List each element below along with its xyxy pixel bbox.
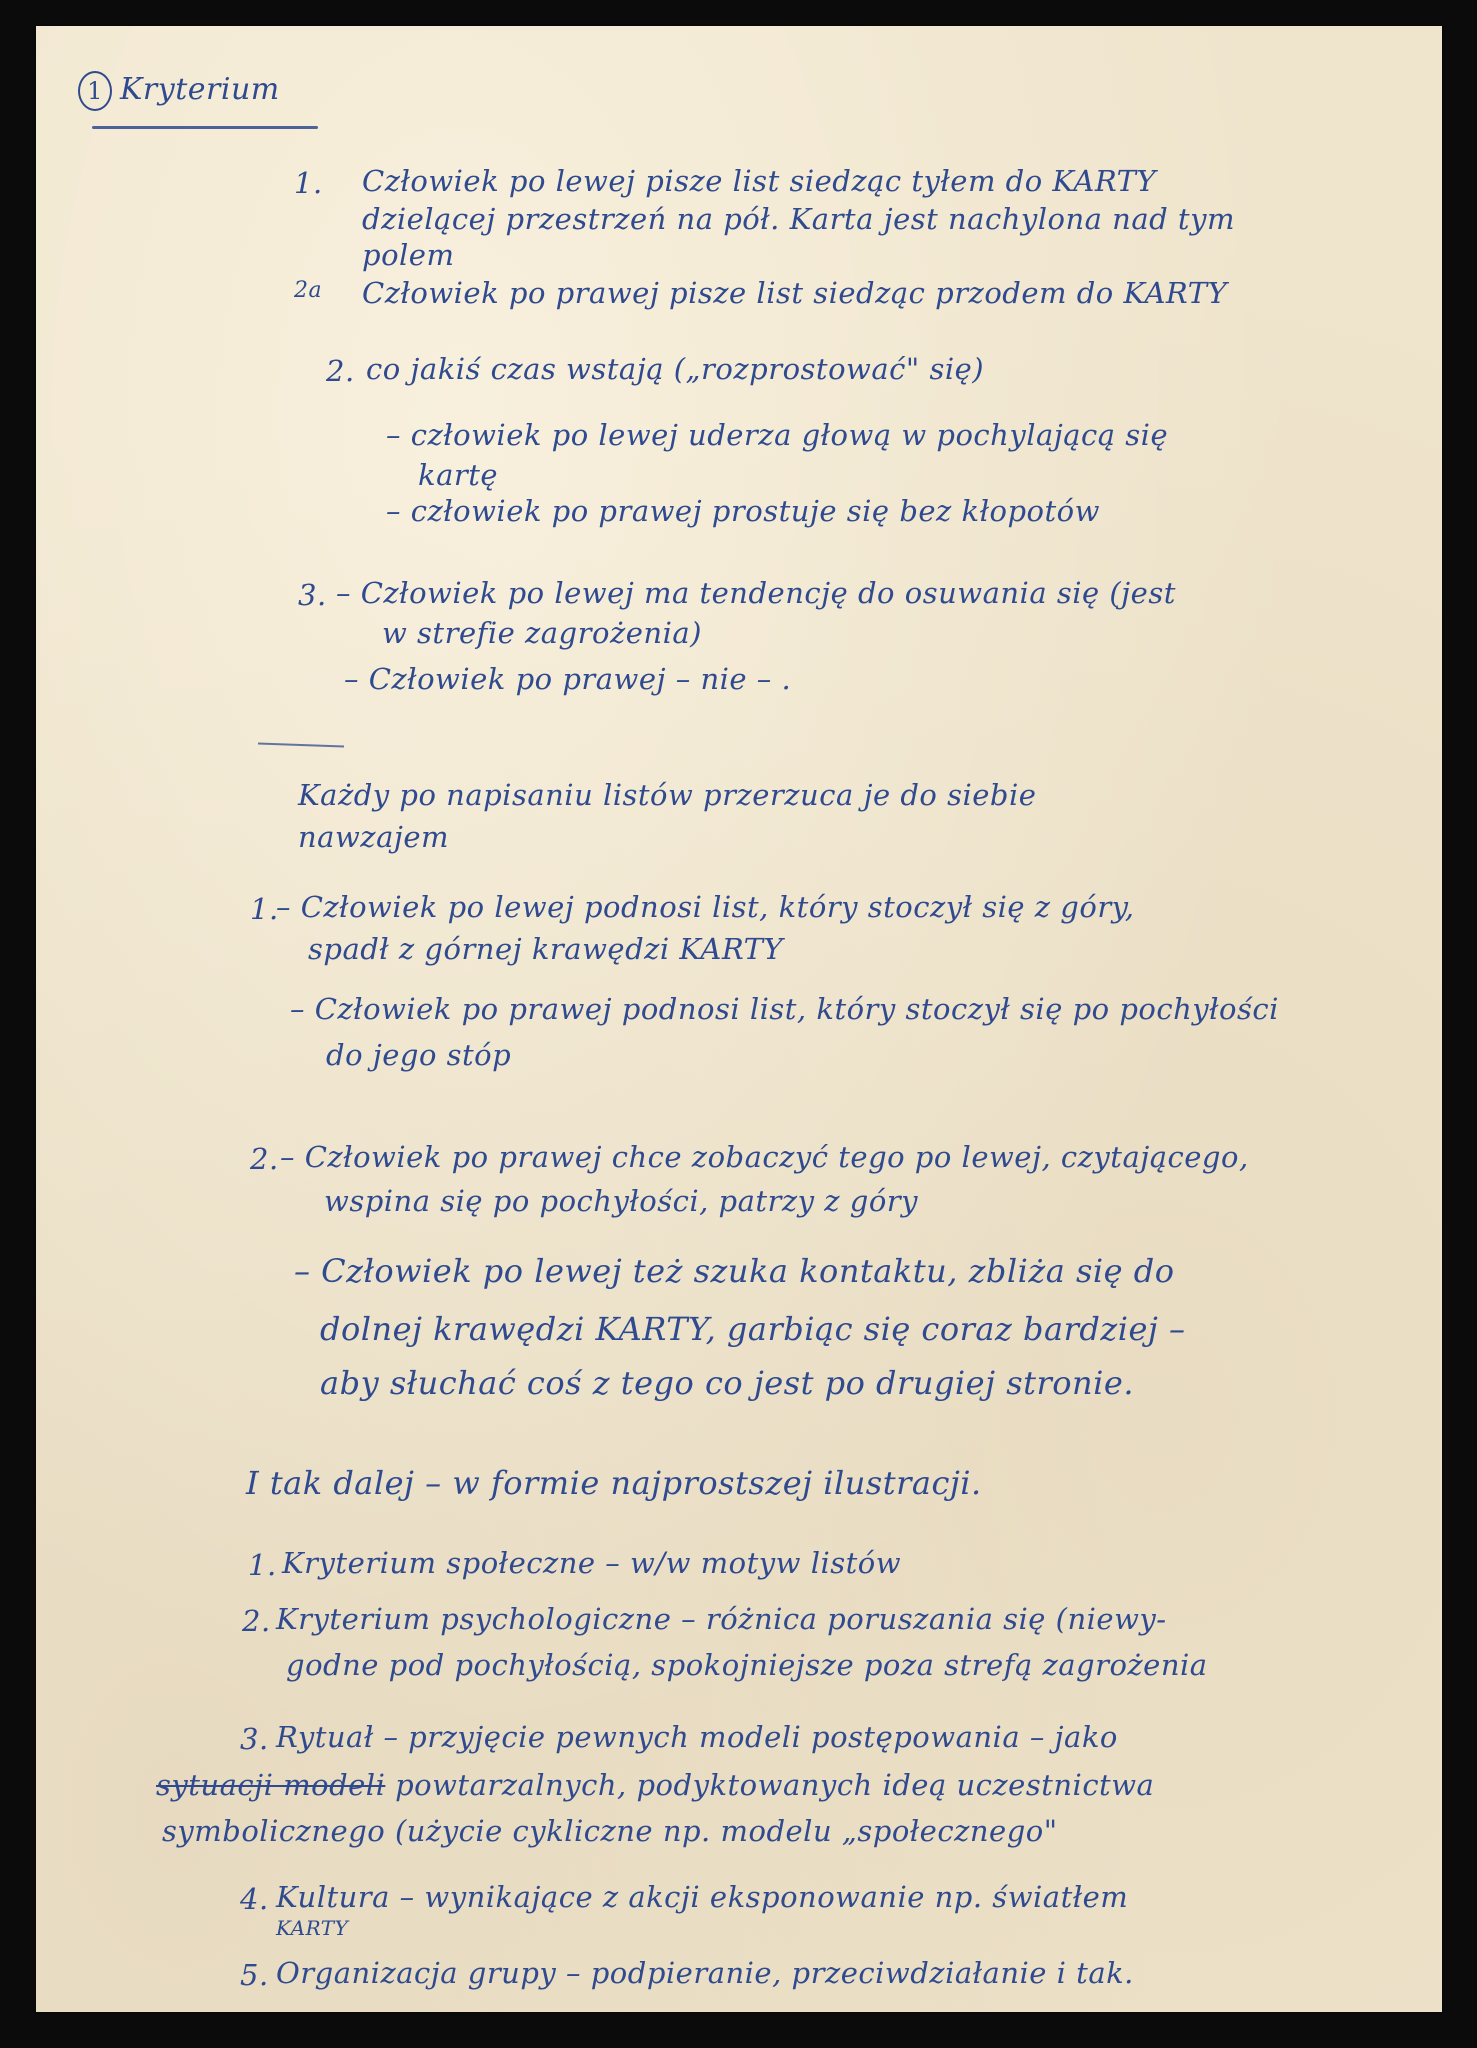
- s2-item1-num: 1.: [250, 892, 279, 926]
- s1-item1-line2: dzielącej przestrzeń na pół. Karta jest …: [362, 202, 1235, 236]
- s3-intro: I tak dalej – w formie najprostszej ilus…: [246, 1464, 982, 1502]
- section-divider: [258, 742, 344, 747]
- title-underline: [92, 126, 318, 129]
- title-number: 1: [78, 71, 112, 111]
- s1-item3-sub1-line1: – Człowiek po lewej ma tendencję do osuw…: [336, 576, 1176, 610]
- s2-item2-sub2-line3: aby słuchać coś z tego co jest po drugie…: [320, 1364, 1134, 1402]
- s1-item1b-line1: Człowiek po prawej pisze list siedząc pr…: [362, 276, 1227, 310]
- s1-item2-line1: co jakiś czas wstają („rozprostować" się…: [366, 352, 984, 386]
- s1-item3-num: 3.: [298, 578, 327, 612]
- title-text: Kryterium: [120, 72, 280, 107]
- s3-item5-line1: Organizacja grupy – podpieranie, przeciw…: [276, 1956, 1134, 1990]
- s3-item2-line1: Kryterium psychologiczne – różnica porus…: [276, 1602, 1167, 1636]
- s2-item1-sub2-line2: do jego stóp: [326, 1038, 511, 1072]
- page-title: 1Kryterium: [78, 71, 280, 111]
- s3-item3-line2: sytuacji modeli powtarzalnych, podyktowa…: [156, 1768, 1154, 1802]
- s1-item3-sub2-line1: – Człowiek po prawej – nie – .: [344, 662, 791, 696]
- s1-item1-line3: polem: [362, 238, 454, 272]
- manuscript-page: 1Kryterium 1. Człowiek po lewej pisze li…: [36, 26, 1442, 2012]
- s2-item2-sub2-line2: dolnej krawędzi KARTY, garbiąc się coraz…: [320, 1310, 1185, 1348]
- s3-item4-num: 4.: [240, 1882, 269, 1916]
- s3-item3-num: 3.: [240, 1722, 269, 1756]
- s2-item1-sub2-line1: – Człowiek po prawej podnosi list, który…: [290, 992, 1279, 1026]
- s1-item2-sub2-line1: – człowiek po prawej prostuje się bez kł…: [386, 494, 1100, 528]
- s3-item2-num: 2.: [242, 1604, 271, 1638]
- s2-item1-sub1-line1: – Człowiek po lewej podnosi list, który …: [276, 890, 1134, 924]
- s1-item2-sub1-line2: kartę: [418, 458, 498, 492]
- s1-item3-sub1-line2: w strefie zagrożenia): [382, 616, 702, 650]
- s1-item1b-num: 2a: [294, 278, 322, 303]
- s3-item2-line2: godne pod pochyłością, spokojniejsze poz…: [286, 1648, 1208, 1682]
- s1-item2-num: 2.: [326, 354, 355, 388]
- s3-item5-num: 5.: [240, 1958, 269, 1992]
- s2-intro-line1: Każdy po napisaniu listów przerzuca je d…: [298, 778, 1036, 812]
- s1-item1-num: 1.: [294, 166, 323, 200]
- s2-item2-sub2-line1: – Człowiek po lewej też szuka kontaktu, …: [294, 1252, 1175, 1290]
- s3-item1-line1: Kryterium społeczne – w/w motyw listów: [282, 1546, 901, 1580]
- s3-item3-struck-text: sytuacji modeli: [156, 1768, 385, 1802]
- s1-item2-sub1-line1: – człowiek po lewej uderza głową w pochy…: [386, 418, 1168, 452]
- s2-item2-sub1-line2: wspina się po pochyłości, patrzy z góry: [324, 1184, 918, 1218]
- s3-item4-line1: Kultura – wynikające z akcji eksponowani…: [276, 1880, 1128, 1914]
- s2-item1-sub1-line2: spadł z górnej krawędzi KARTY: [308, 932, 783, 966]
- s3-item3-line3: symbolicznego (użycie cykliczne np. mode…: [162, 1814, 1058, 1848]
- s1-item1-line1: Człowiek po lewej pisze list siedząc tył…: [362, 164, 1156, 198]
- s2-item2-sub1-line1: – Człowiek po prawej chce zobaczyć tego …: [280, 1140, 1249, 1174]
- s3-item1-num: 1.: [248, 1548, 277, 1582]
- s3-item4-line2: KARTY: [276, 1916, 348, 1940]
- s2-intro-line2: nawzajem: [298, 820, 449, 854]
- s2-item2-num: 2.: [250, 1142, 279, 1176]
- s3-item3-line1: Rytuał – przyjęcie pewnych modeli postęp…: [276, 1720, 1118, 1754]
- s3-item3-line2-text: powtarzalnych, podyktowanych ideą uczest…: [395, 1768, 1154, 1802]
